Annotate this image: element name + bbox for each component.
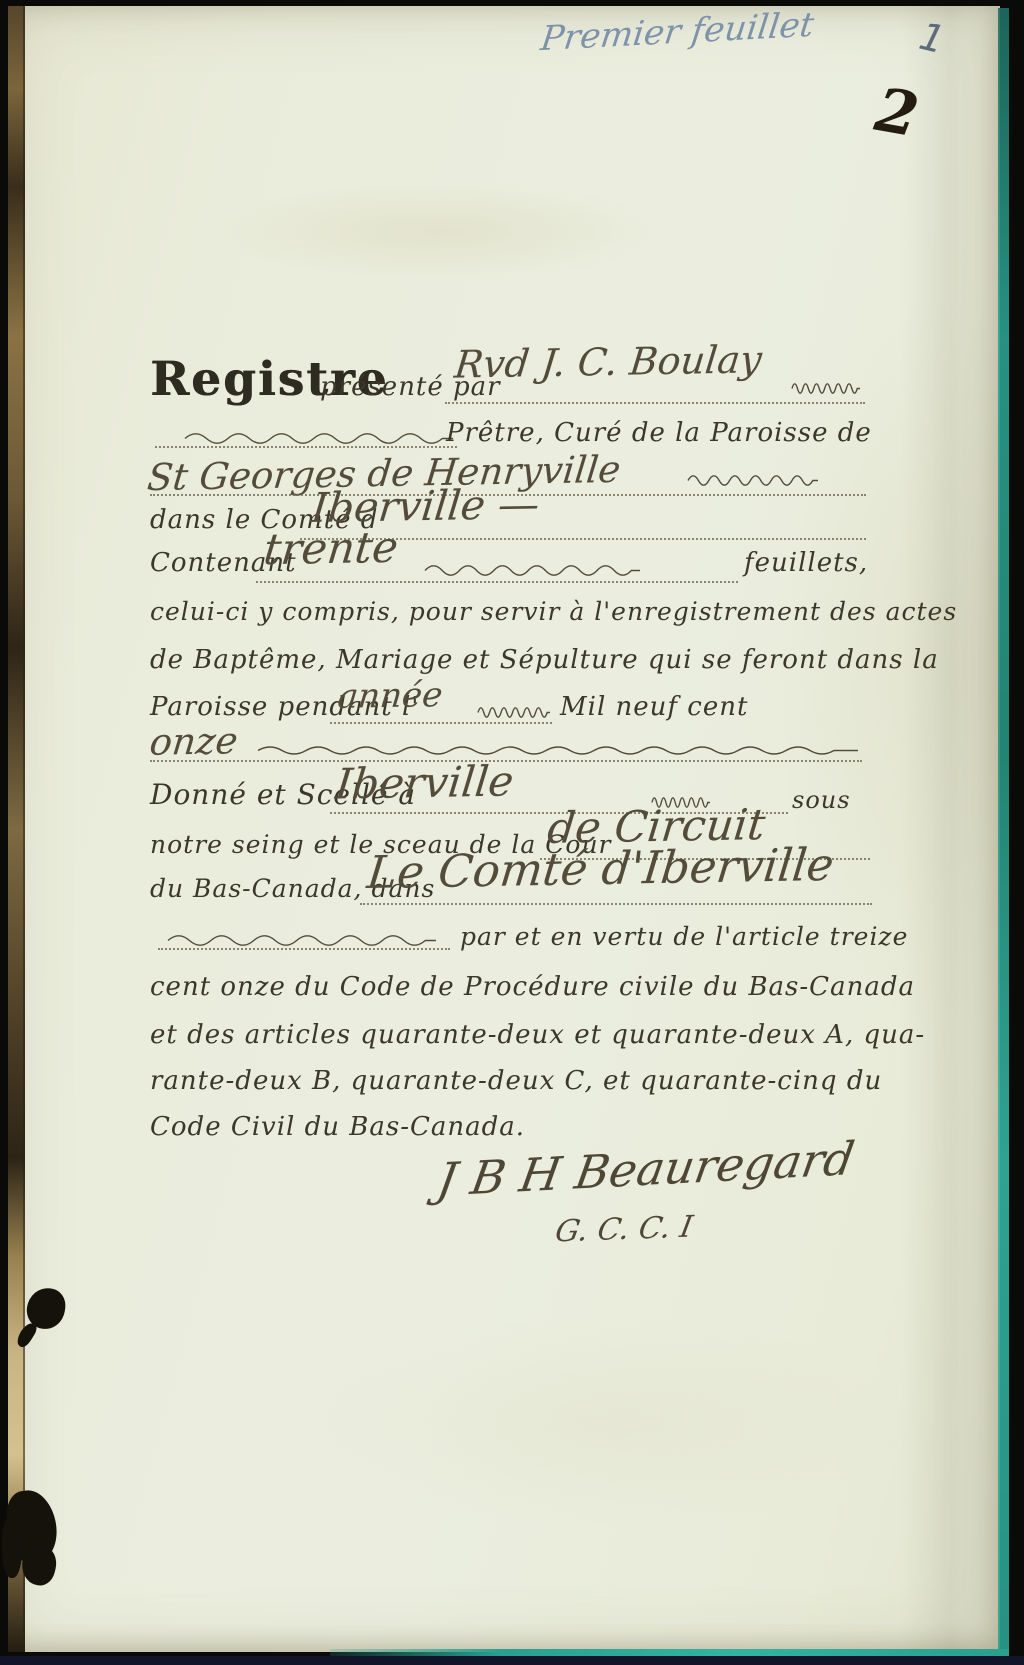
paper-sheet [8,6,1000,1652]
year-entry: onze [148,719,240,764]
pen-squiggle [688,470,818,484]
article-line-2: cent onze du Code de Procédure civile du… [150,972,915,1002]
scan-backdrop-bottom [0,1656,1024,1665]
acts-line: de Baptême, Mariage et Sépulture qui se … [150,645,939,675]
article-line-4: rante-deux B, quarante-deux C, et quaran… [150,1066,882,1096]
presented-by-entry: Rvd J. C. Boulay [452,337,764,386]
district-entry: Le Comté d'Iberville [365,838,837,899]
priest-line: Prêtre, Curé de la Paroisse de [446,418,872,448]
year-word-entry: année [336,675,445,717]
fill-in-rule [445,402,865,404]
article-line-1: par et en vertu de l'article treize [460,922,908,951]
fill-in-rule [360,903,872,905]
torn-gutter-edge [8,6,25,1652]
pen-squiggle [258,740,858,754]
containing-entry: trente [261,523,400,575]
fill-in-rule [330,722,552,724]
sous-label: sous [792,786,851,814]
mil-neuf-cent-label: Mil neuf cent [560,692,748,722]
fill-in-rule [158,948,450,950]
book-edge-right [998,8,1009,1658]
pen-squiggle [185,428,453,442]
pen-squiggle [425,560,640,574]
pen-squiggle [168,930,436,944]
fill-in-rule [155,446,457,448]
article-line-5: Code Civil du Bas-Canada. [150,1112,525,1142]
fill-in-rule [256,581,738,583]
feuillets-label: feuillets, [744,548,868,578]
pen-squiggle [792,378,860,392]
sealed-place-entry: Iberville [333,756,516,808]
scanned-register-page: Premier feuillet 1 2 Registre présenté p… [0,0,1024,1665]
including-line: celui-ci y compris, pour servir à l'enre… [150,597,957,626]
article-line-3: et des articles quarante-deux et quarant… [150,1020,925,1050]
clerk-signature-title: G. C. C. I [552,1210,695,1250]
pen-squiggle [478,702,550,716]
